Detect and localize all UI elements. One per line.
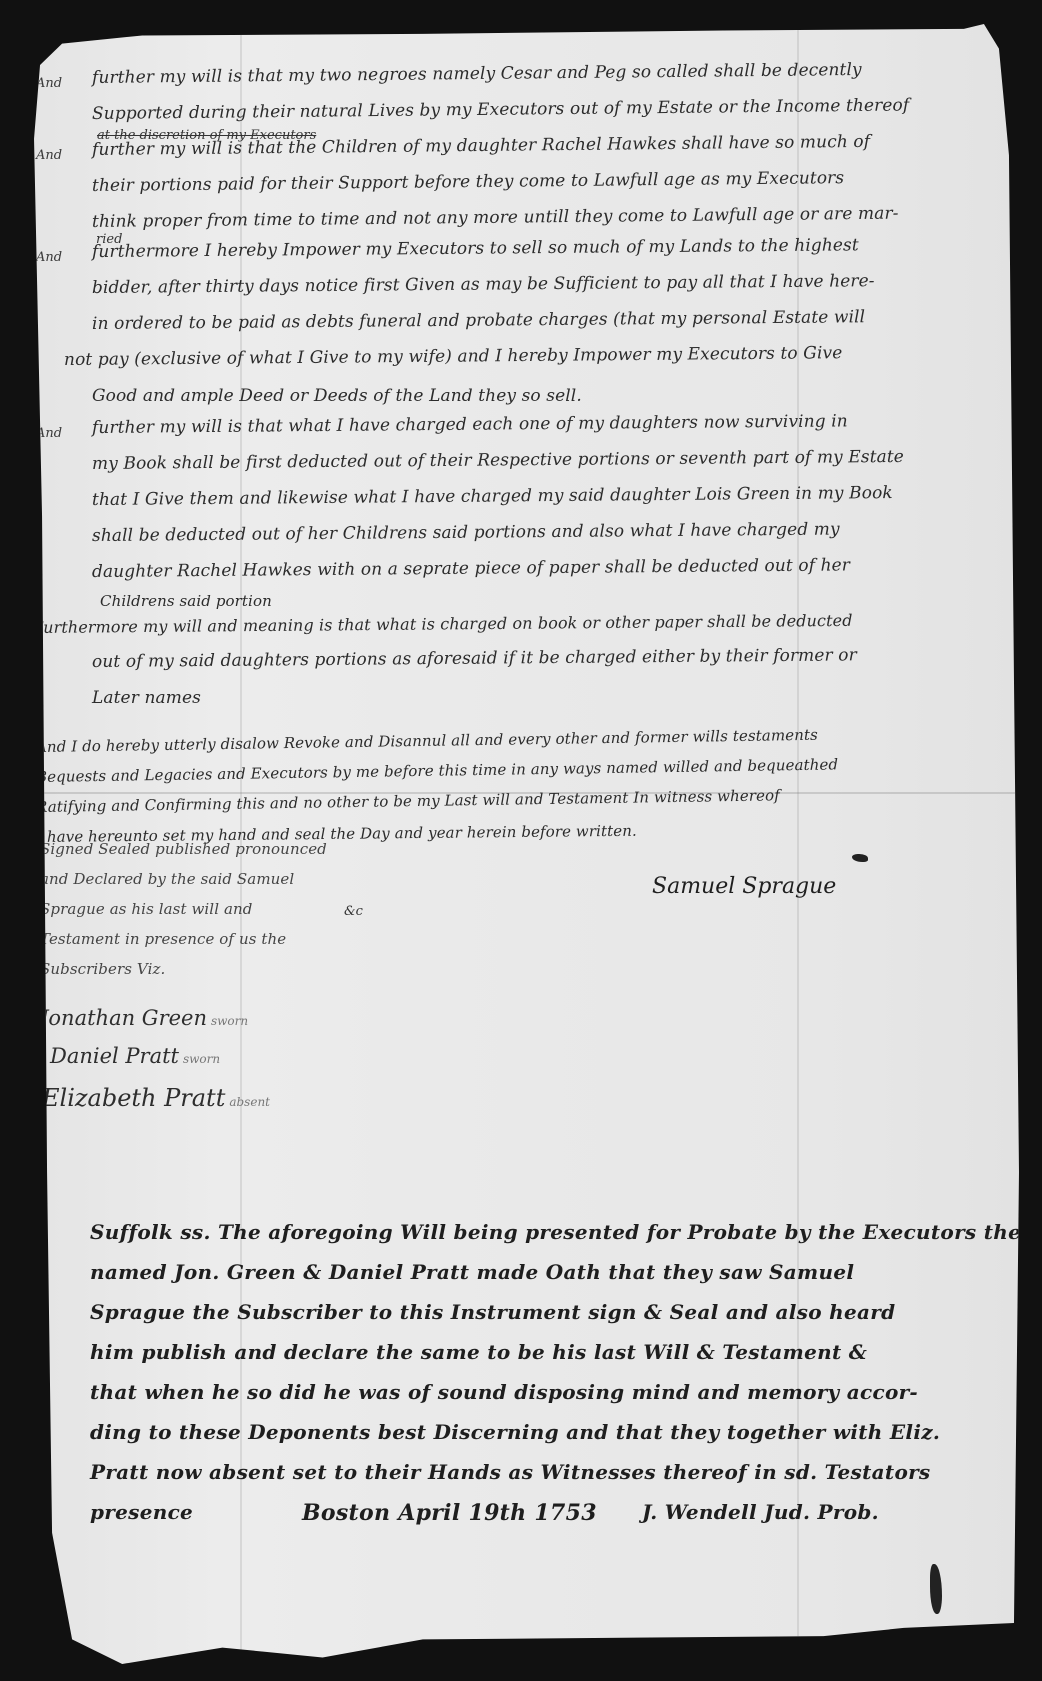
will-text-line: Good and ample Deed or Deeds of the Land… xyxy=(92,386,582,406)
witness-note: sworn xyxy=(183,1052,220,1066)
will-text-line: that I Give them and likewise what I hav… xyxy=(92,483,893,510)
witness-name: Elizabeth Pratt xyxy=(42,1084,225,1112)
attestation-line: and Declared by the said Samuel xyxy=(40,870,294,888)
attestation-line: Sprague as his last will and xyxy=(40,900,252,918)
will-text-line: Later names xyxy=(92,688,201,708)
probate-line: him publish and declare the same to be h… xyxy=(90,1340,867,1364)
attestation-line: Signed Sealed published pronounced xyxy=(40,840,327,858)
witness-note: absent xyxy=(229,1095,270,1109)
will-text-line: Bequests and Legacies and Executors by m… xyxy=(36,755,838,786)
probate-line: Pratt now absent set to their Hands as W… xyxy=(90,1460,930,1484)
probate-date: Boston April 19th 1753 xyxy=(302,1500,597,1526)
judge-signature: J. Wendell Jud. Prob. xyxy=(642,1500,879,1524)
will-text-line: daughter Rachel Hawkes with on a seprate… xyxy=(92,555,850,582)
attestation-line: Testament in presence of us the xyxy=(40,930,286,948)
witness-name: Daniel Pratt xyxy=(50,1044,179,1068)
ink-blot xyxy=(852,854,868,862)
will-text-line: my Book shall be first deducted out of t… xyxy=(92,447,904,474)
will-text-line: in ordered to be paid as debts funeral a… xyxy=(92,307,865,334)
will-text-line: And I do hereby utterly disalow Revoke a… xyxy=(36,726,818,756)
will-text-line: their portions paid for their Support be… xyxy=(92,168,844,196)
witness-signature: Jonathan Greensworn xyxy=(40,1006,248,1030)
will-text-line: bidder, after thirty days notice first G… xyxy=(92,271,875,298)
witness-signature: Elizabeth Prattabsent xyxy=(42,1084,270,1112)
will-text-line: shall be deducted out of her Childrens s… xyxy=(92,519,840,546)
will-text-line: Supported during their natural Lives by … xyxy=(92,95,909,124)
attestation-line: Subscribers Viz. xyxy=(40,960,165,978)
ink-blot xyxy=(930,1564,942,1614)
seal-mark: &c xyxy=(344,904,363,919)
will-text-line: think proper from time to time and not a… xyxy=(92,204,899,232)
margin-label: And xyxy=(36,426,62,441)
probate-line: ding to these Deponents best Discerning … xyxy=(90,1420,940,1444)
margin-label: And xyxy=(36,148,62,163)
margin-label: And xyxy=(36,76,62,91)
will-text-line: Ratifying and Confirming this and no oth… xyxy=(36,786,780,816)
will-text-line: further my will is that what I have char… xyxy=(92,411,848,438)
probate-line: named Jon. Green & Daniel Pratt made Oat… xyxy=(90,1260,854,1284)
testator-signature: Samuel Sprague xyxy=(652,874,836,899)
probate-line: that when he so did he was of sound disp… xyxy=(90,1380,918,1404)
paper-fold-vertical xyxy=(797,24,799,1664)
will-text-line: Furthermore my will and meaning is that … xyxy=(32,611,853,637)
will-text-line: not pay (exclusive of what I Give to my … xyxy=(64,343,842,370)
manuscript-page: And further my will is that my two negro… xyxy=(22,24,1024,1664)
will-text-line: out of my said daughters portions as afo… xyxy=(92,645,857,672)
witness-note: sworn xyxy=(211,1014,248,1028)
witness-name: Jonathan Green xyxy=(40,1006,207,1030)
probate-line: presence xyxy=(90,1500,193,1524)
will-text-line: further my will is that my two negroes n… xyxy=(92,60,862,88)
probate-line: Suffolk ss. The aforegoing Will being pr… xyxy=(90,1220,1042,1244)
probate-line: Sprague the Subscriber to this Instrumen… xyxy=(90,1300,895,1324)
margin-label: And xyxy=(36,250,62,265)
will-text-line: furthermore I hereby Impower my Executor… xyxy=(92,235,859,262)
will-text-line: Childrens said portion xyxy=(100,592,272,610)
witness-signature: Daniel Prattsworn xyxy=(50,1044,220,1068)
